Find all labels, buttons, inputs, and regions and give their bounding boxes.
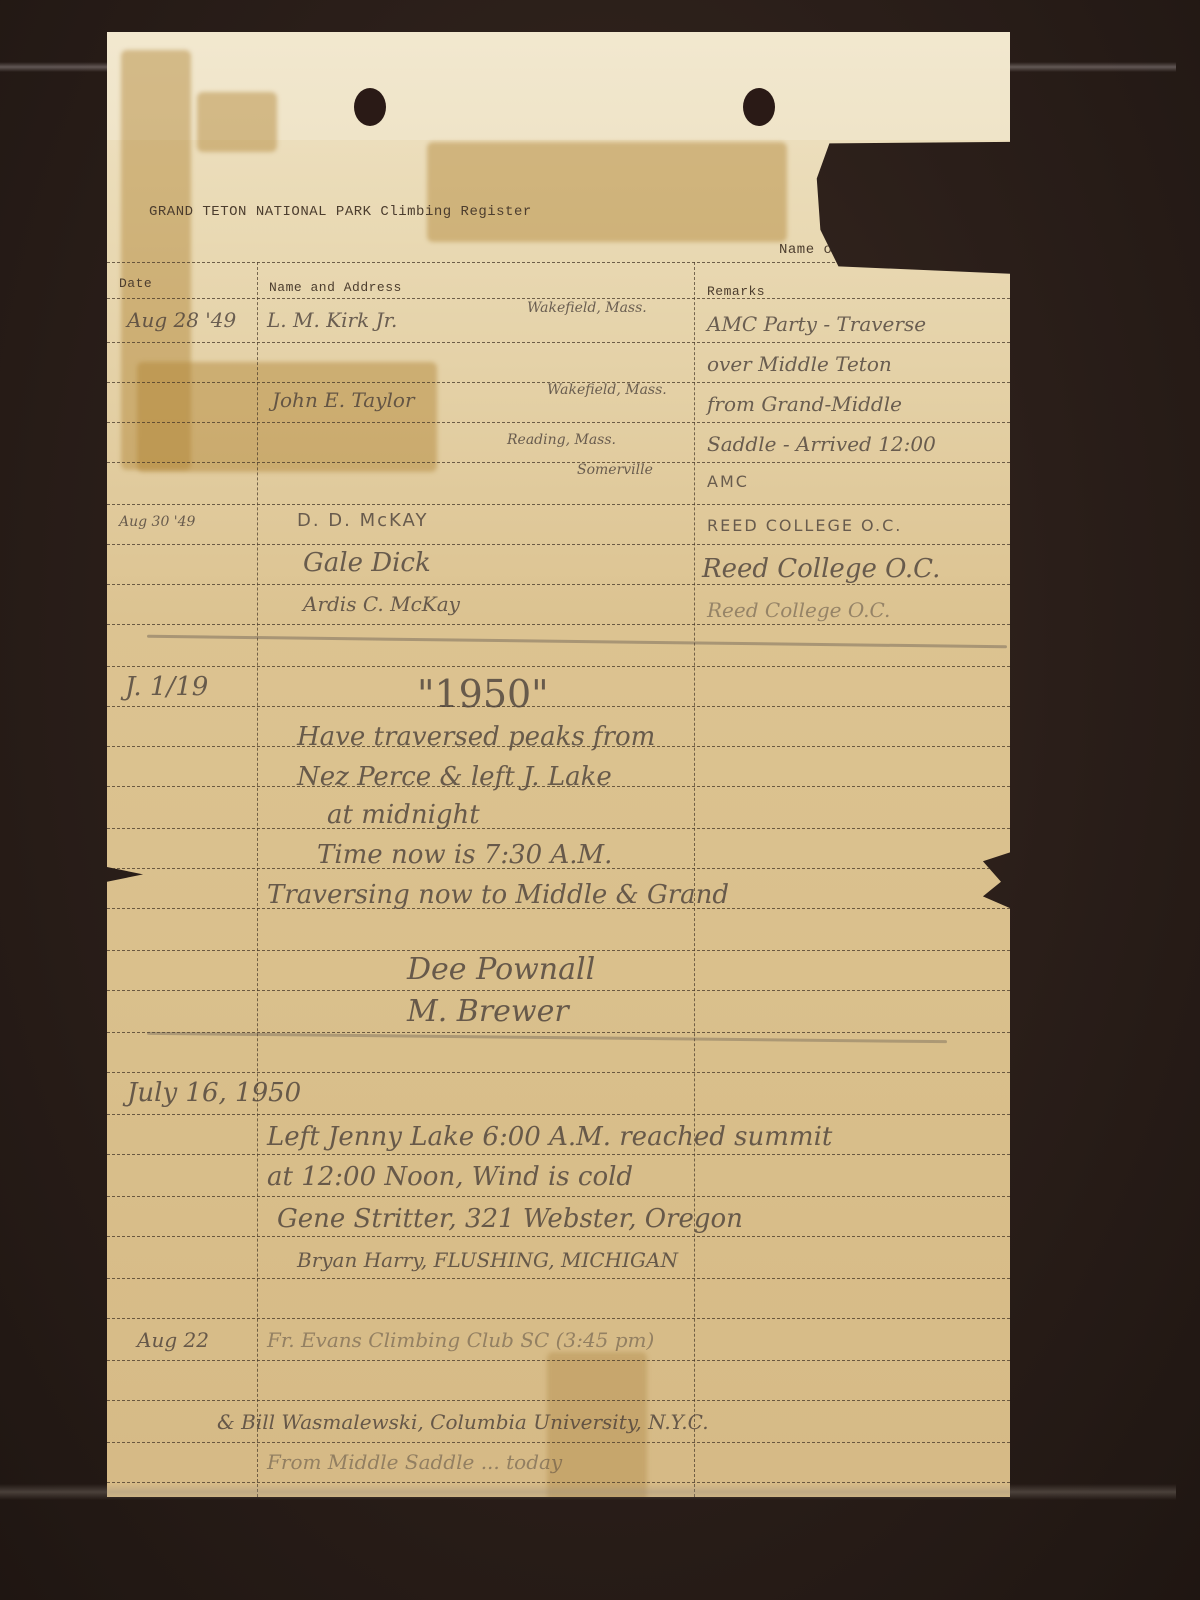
- entry-date: Aug 30 '49: [119, 514, 195, 530]
- rule-line: [107, 1482, 1010, 1483]
- entry-name: L. M. Kirk Jr.: [267, 308, 397, 332]
- rule-line: [107, 584, 1010, 585]
- column-divider-date: [257, 262, 258, 1497]
- entry-date: Aug 28 '49: [127, 308, 236, 332]
- rule-line: [107, 990, 1010, 991]
- rule-line: [107, 298, 1010, 299]
- rule-line: [107, 950, 1010, 951]
- column-header-remarks: Remarks: [707, 284, 765, 299]
- entry-remarks: Reed College O.C.: [702, 554, 940, 584]
- rule-line: [107, 262, 1010, 263]
- rule-line: [107, 1114, 1010, 1115]
- rule-line: [107, 1154, 1010, 1155]
- rule-line: [107, 1278, 1010, 1279]
- rule-line: [107, 828, 1010, 829]
- tape-stain: [137, 362, 437, 472]
- signature: M. Brewer: [407, 994, 569, 1029]
- entry-address: Wakefield, Mass.: [547, 382, 667, 398]
- note-year-heading: "1950": [417, 672, 549, 716]
- note-line: Fr. Evans Climbing Club SC (3:45 pm): [267, 1328, 654, 1352]
- note-line: Time now is 7:30 A.M.: [317, 840, 612, 870]
- entry-remarks: AMC: [707, 472, 749, 491]
- entry-remarks: over Middle Teton: [707, 352, 892, 376]
- entry-name: John E. Taylor: [272, 388, 415, 412]
- rule-line: [107, 706, 1010, 707]
- note-line: Nez Perce & left J. Lake: [297, 762, 612, 792]
- entry-remarks: Saddle - Arrived 12:00: [707, 432, 936, 456]
- note-line: Have traversed peaks from: [297, 722, 655, 752]
- rule-line: [107, 624, 1010, 625]
- glass-reflection-bottom: [0, 1484, 1176, 1500]
- entry-remarks: Reed College O.C.: [707, 598, 890, 622]
- signature: Dee Pownall: [407, 952, 595, 987]
- rule-line: [107, 342, 1010, 343]
- entry-address: Reading, Mass.: [507, 432, 616, 448]
- entry-remarks: AMC Party - Traverse: [707, 312, 926, 336]
- note-line: Gene Stritter, 321 Webster, Oregon: [277, 1204, 743, 1234]
- entry-remarks: from Grand-Middle: [707, 392, 902, 416]
- tape-stain: [427, 142, 787, 242]
- punch-hole-left: [354, 88, 386, 126]
- entry-address: Somerville: [577, 462, 653, 478]
- entry-address: Wakefield, Mass.: [527, 300, 647, 316]
- rule-line: [107, 1360, 1010, 1361]
- column-header-date: Date: [119, 276, 152, 291]
- note-date: Aug 22: [137, 1328, 209, 1352]
- note-line: Left Jenny Lake 6:00 A.M. reached summit: [267, 1122, 832, 1152]
- rule-line: [107, 1196, 1010, 1197]
- rule-line: [107, 1400, 1010, 1401]
- rule-line: [107, 422, 1010, 423]
- climbing-register-page: GRAND TETON NATIONAL PARK Climbing Regis…: [107, 32, 1010, 1497]
- note-line: & Bill Wasmalewski, Columbia University,…: [217, 1410, 709, 1434]
- entry-name: Gale Dick: [303, 548, 431, 578]
- rule-line: [107, 1318, 1010, 1319]
- note-line: Traversing now to Middle & Grand: [267, 880, 729, 910]
- rule-line: [107, 544, 1010, 545]
- rule-line: [107, 504, 1010, 505]
- rule-line: [107, 666, 1010, 667]
- note-line: Bryan Harry, FLUSHING, MICHIGAN: [297, 1248, 678, 1272]
- entry-remarks: REED COLLEGE O.C.: [707, 516, 902, 535]
- register-title: GRAND TETON NATIONAL PARK Climbing Regis…: [149, 204, 532, 220]
- rule-line: [107, 1442, 1010, 1443]
- entry-name: Ardis C. McKay: [303, 592, 460, 616]
- pencil-separator: [147, 635, 1007, 649]
- rule-line: [107, 1236, 1010, 1237]
- column-header-name-address: Name and Address: [269, 280, 402, 295]
- entry-name: D. D. McKAY: [297, 510, 428, 531]
- rule-line: [107, 462, 1010, 463]
- punch-hole-right: [743, 88, 775, 126]
- pencil-separator: [147, 1032, 947, 1043]
- note-date: July 16, 1950: [127, 1078, 301, 1108]
- note-line: at 12:00 Noon, Wind is cold: [267, 1162, 633, 1192]
- tape-stain: [197, 92, 277, 152]
- note-line: at midnight: [327, 800, 480, 830]
- note-line: From Middle Saddle ... today: [267, 1450, 562, 1474]
- header-right-label: Name of Fe: [779, 242, 868, 258]
- note-date: J. 1/19: [125, 672, 208, 702]
- rule-line: [107, 1072, 1010, 1073]
